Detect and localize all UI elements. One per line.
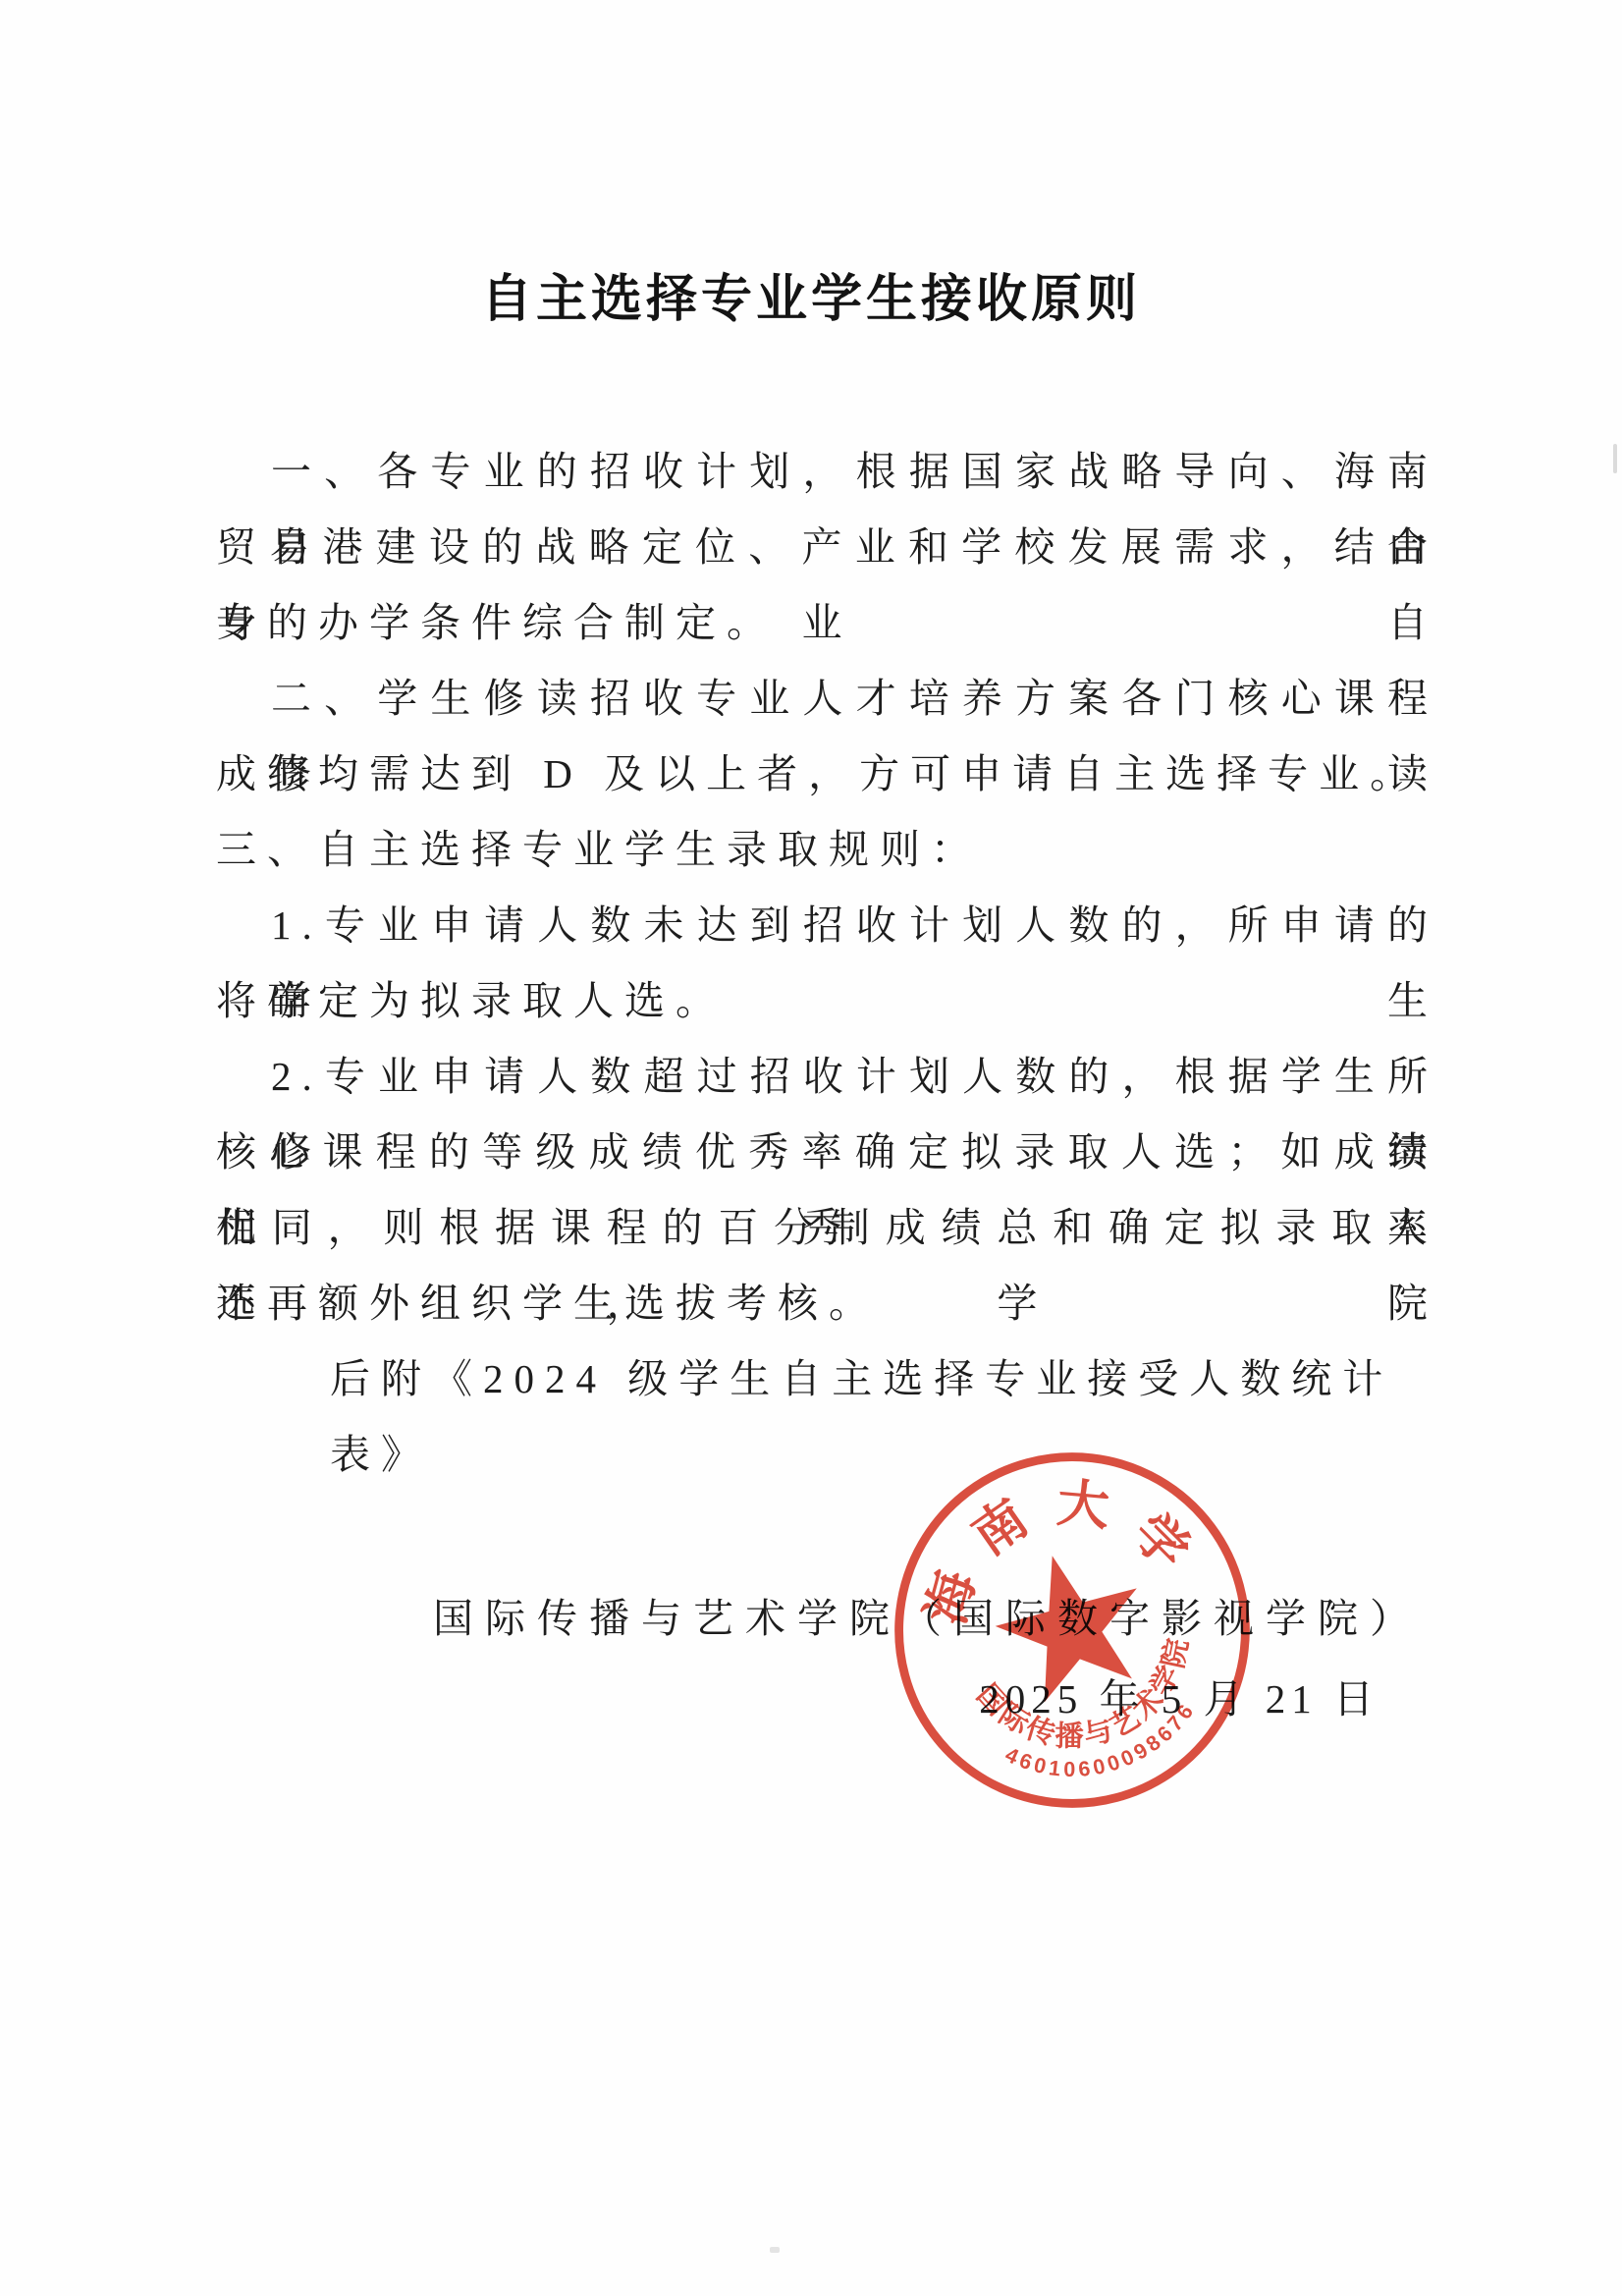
body-line: 二、学生修读招收专业人才培养方案各门核心课程修读 — [216, 661, 1438, 737]
scan-artifact — [1613, 444, 1617, 473]
scan-artifact — [770, 2247, 780, 2253]
body-line: 核心课程的等级成绩优秀率确定拟录取人选；如成绩优秀率 — [216, 1115, 1438, 1190]
page-title: 自主选择专业学生接收原则 — [0, 262, 1622, 337]
body-line: 后附《2024 级学生自主选择专业接受人数统计表》 — [216, 1341, 1438, 1417]
body-line: 一、各专业的招收计划，根据国家战略导向、海南自由 — [216, 434, 1438, 510]
body-text: 一、各专业的招收计划，根据国家战略导向、海南自由贸易港建设的战略定位、产业和学校… — [216, 434, 1438, 1417]
body-line: 成绩均需达到 D 及以上者，方可申请自主选择专业。 — [216, 737, 1438, 812]
date-line: 2025 年 5 月 21 日 — [979, 1662, 1379, 1737]
stamp-top-char: 南 — [962, 1489, 1038, 1566]
stamp-top-char: 学 — [1122, 1503, 1200, 1580]
body-line: 2.专业申请人数超过招收计划人数的，根据学生所修读 — [216, 1039, 1438, 1115]
stamp-top-char: 大 — [1054, 1474, 1111, 1536]
body-line: 1.专业申请人数未达到招收计划人数的，所申请的学生 — [216, 888, 1438, 963]
body-line: 贸易港建设的战略定位、产业和学校发展需求，结合专业自 — [216, 510, 1438, 585]
body-line: 相同，则根据课程的百分制成绩总和确定拟录取人选，学院 — [216, 1190, 1438, 1266]
body-line: 三、自主选择专业学生录取规则： — [216, 812, 1438, 888]
document-page: 自主选择专业学生接收原则 一、各专业的招收计划，根据国家战略导向、海南自由贸易港… — [0, 0, 1622, 2296]
signature-line: 国际传播与艺术学院（国际数字影视学院） — [433, 1581, 1422, 1657]
